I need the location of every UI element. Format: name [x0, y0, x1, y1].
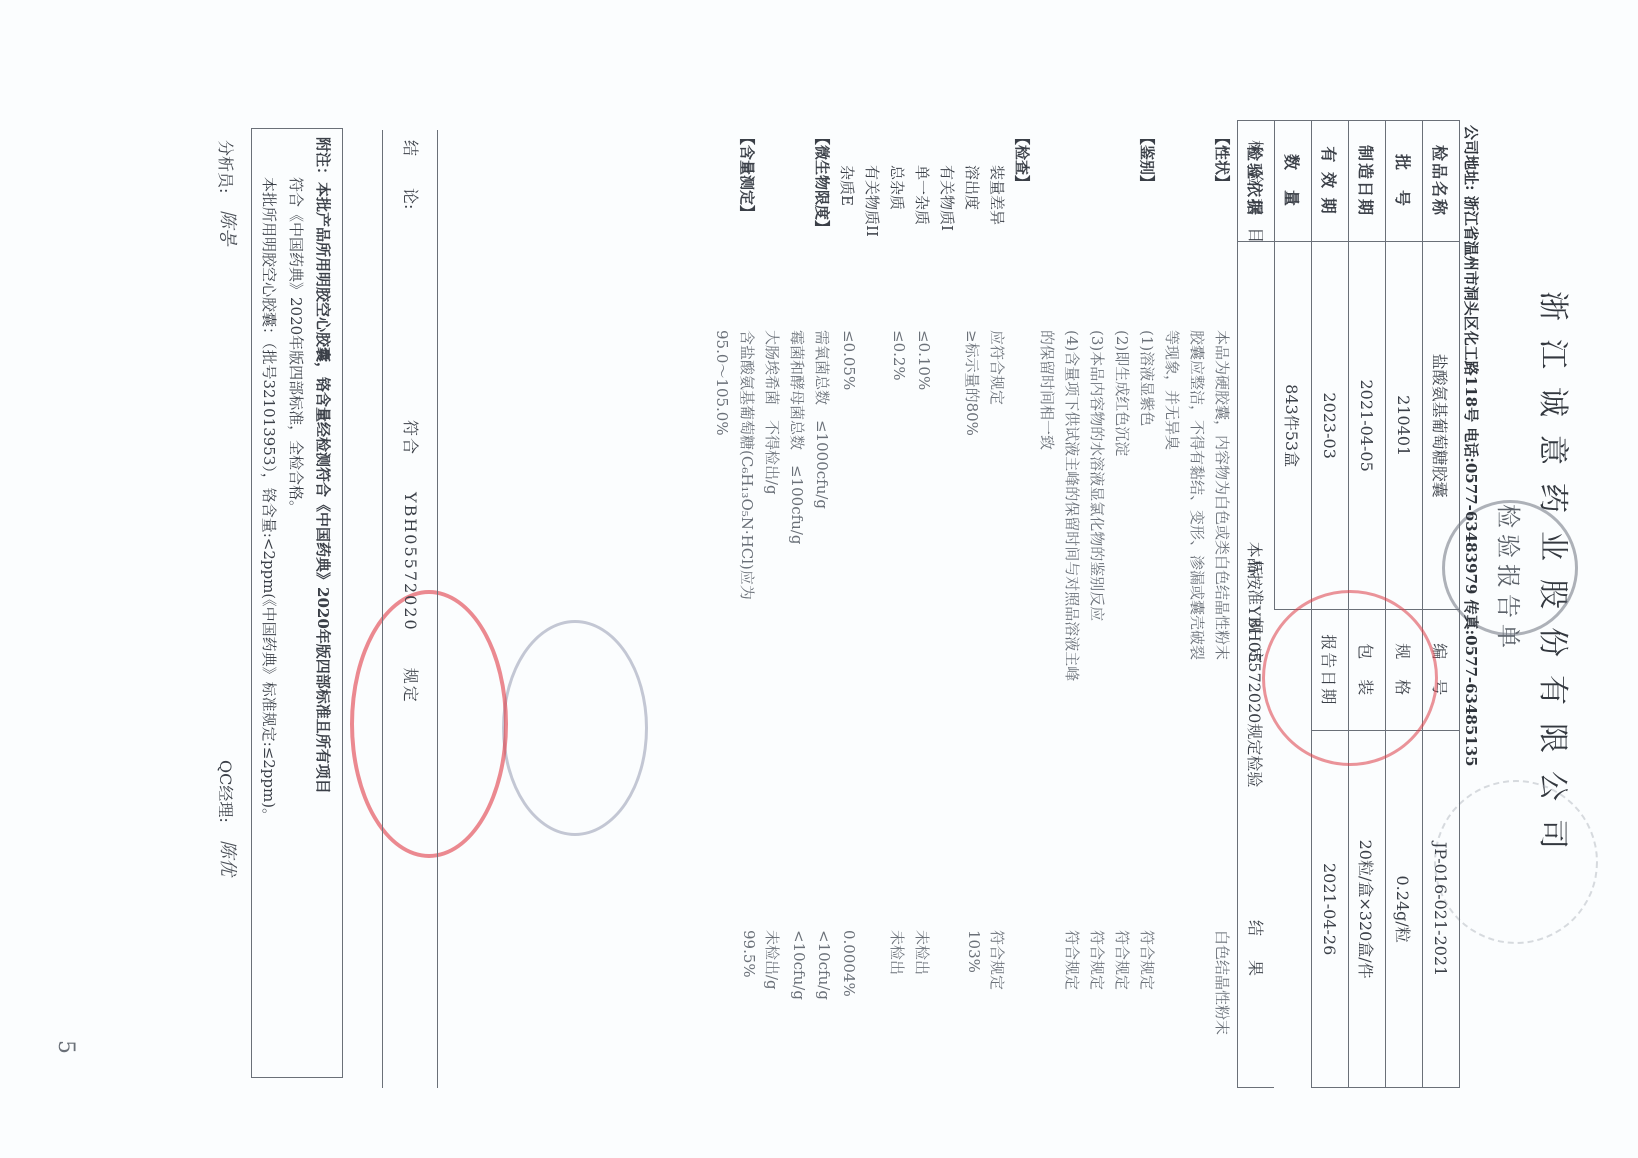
red-qc-seal: [350, 590, 508, 858]
item-standard: ≤0.10%: [915, 330, 933, 390]
item-standard: 的保留时间相一致: [1037, 330, 1058, 450]
item-standard: (1)溶液显紫色: [1137, 330, 1158, 426]
column-item-header: 检 验 项 目: [1245, 140, 1268, 247]
note-line-2: 符合《中国药典》2020年版四部标准，全检合格。: [282, 137, 309, 1069]
item-result: 符合规定: [1137, 930, 1158, 990]
item-standard: (3)本品内容物的水溶液显氯化物的鉴别反应: [1087, 330, 1108, 621]
conclusion-label: 结 论:: [400, 140, 423, 209]
item-result: 未检出: [912, 930, 933, 975]
item-standard: 95.0～105.0%: [712, 330, 733, 436]
item-standard: 霉菌和酵母菌总数 ≤100cfu/g: [787, 330, 808, 544]
code-value: JP-016-021-2021: [1423, 731, 1460, 1088]
note-line-1: 附注：本批产品所用明胶空心胶囊，铬含量经检测符合《中国药典》2020年版四部标准…: [309, 137, 336, 1069]
item-name: 【鉴别】: [1137, 130, 1158, 190]
mfg-date-label: 制造日期: [1349, 121, 1386, 242]
item-standard: 本品为硬胶囊，内容物为白色或类白色结晶性粉末: [1212, 330, 1233, 660]
item-name: 单一杂质: [912, 165, 933, 225]
grey-quality-seal: [502, 620, 648, 836]
item-standard: ≥标示量的80%: [962, 330, 983, 436]
batch-label: 批 号: [1386, 121, 1423, 242]
item-standard: (4)含量项下供试液主峰的保留时间与对照品溶液主峰: [1062, 330, 1083, 681]
report-date-value: 2021-04-26: [1312, 731, 1349, 1088]
divider-bottom: [382, 130, 383, 1088]
page-mark: 5: [53, 1040, 78, 1054]
item-name: 【性状】: [1212, 130, 1233, 190]
inspection-report-page: 浙江诚意药业股份有限公司 检验报告单 公司地址: 浙江省温州市洞头区化工路118…: [0, 0, 1638, 1158]
item-name: 【微生物限度】: [812, 130, 833, 235]
item-name: 装量差异: [987, 165, 1008, 225]
item-standard: ≤0.05%: [840, 330, 858, 390]
item-result: 0.0004%: [840, 930, 858, 997]
expiry-value: 2023-03: [1312, 242, 1349, 610]
item-name: 溶出度: [962, 165, 983, 210]
item-standard: 等现象，并无异臭: [1162, 330, 1183, 450]
qc-manager-label: QC经理:: [215, 760, 238, 823]
mfg-date-value: 2021-04-05: [1349, 242, 1386, 610]
column-standard-header: 标 准 规 定: [1245, 560, 1268, 667]
analyst-label: 分析员:: [215, 140, 238, 193]
item-result: 99.5%: [740, 930, 758, 978]
item-name: 【检查】: [1012, 130, 1033, 190]
product-name-label: 检品名称: [1423, 121, 1460, 242]
red-province-seal: [1262, 590, 1438, 766]
item-name: 杂质E: [837, 165, 858, 206]
divider-top: [437, 130, 438, 1088]
item-result: 符合规定: [1087, 930, 1108, 990]
item-standard: 应符合规定: [987, 330, 1008, 405]
item-standard: 大肠埃希菌 不得检出/g: [762, 330, 783, 495]
item-standard: (2)即生成红色沉淀: [1112, 330, 1133, 456]
item-result: 符合规定: [1112, 930, 1133, 990]
item-standard: 胶囊应整洁，不得有黏结、变形、渗漏或囊壳破裂: [1187, 330, 1208, 660]
item-result: 未检出: [887, 930, 908, 975]
item-result: 符合规定: [1062, 930, 1083, 990]
item-standard: ≤0.2%: [890, 330, 908, 381]
item-result: 符合规定: [987, 930, 1008, 990]
item-result: 白色结晶性粉末: [1212, 930, 1233, 1035]
expiry-label: 有 效 期: [1312, 121, 1349, 242]
item-name: 有关物质II: [862, 165, 883, 237]
item-name: 有关物质I: [937, 165, 958, 231]
note-box: 附注：本批产品所用明胶空心胶囊，铬含量经检测符合《中国药典》2020年版四部标准…: [251, 128, 343, 1078]
item-result: <10cfu/g: [815, 930, 833, 1000]
item-result: 未检出/g: [762, 930, 783, 990]
package-value: 20粒/盒×320盒/件: [1349, 731, 1386, 1088]
spec-value: 0.24g/粒: [1386, 731, 1423, 1088]
column-result-header: 结 果: [1245, 920, 1268, 980]
item-standard: 含盐酸氨基葡萄糖(C₆H₁₃O₅N·HCl)应为: [737, 330, 758, 600]
quantity-label: 数 量: [1275, 121, 1312, 242]
item-result: <10cfu/g: [790, 930, 808, 1000]
product-name: 盐酸氨基葡萄糖胶囊: [1423, 242, 1460, 610]
item-result: 103%: [965, 930, 983, 973]
item-name: 【含量测定】: [737, 130, 758, 220]
item-standard: 需氧菌总数 ≤1000cfu/g: [812, 330, 833, 509]
analyst-signature: 陈봉: [216, 210, 242, 245]
batch-value: 210401: [1386, 242, 1423, 610]
company-address: 公司地址: 浙江省温州市洞头区化工路118号 电话:0577-63483979 …: [1461, 125, 1482, 767]
conclusion-value: 符合 YBH05572020 规定: [400, 420, 423, 704]
qc-manager-signature: 陈优: [216, 840, 242, 876]
item-name: 总杂质: [887, 165, 908, 210]
quantity-value: 843件53盒: [1275, 242, 1312, 610]
note-line-3: 本批所用明胶空心胶囊：（批号32101395З），铬含量:<2ppm(《中国药典…: [255, 137, 282, 1069]
